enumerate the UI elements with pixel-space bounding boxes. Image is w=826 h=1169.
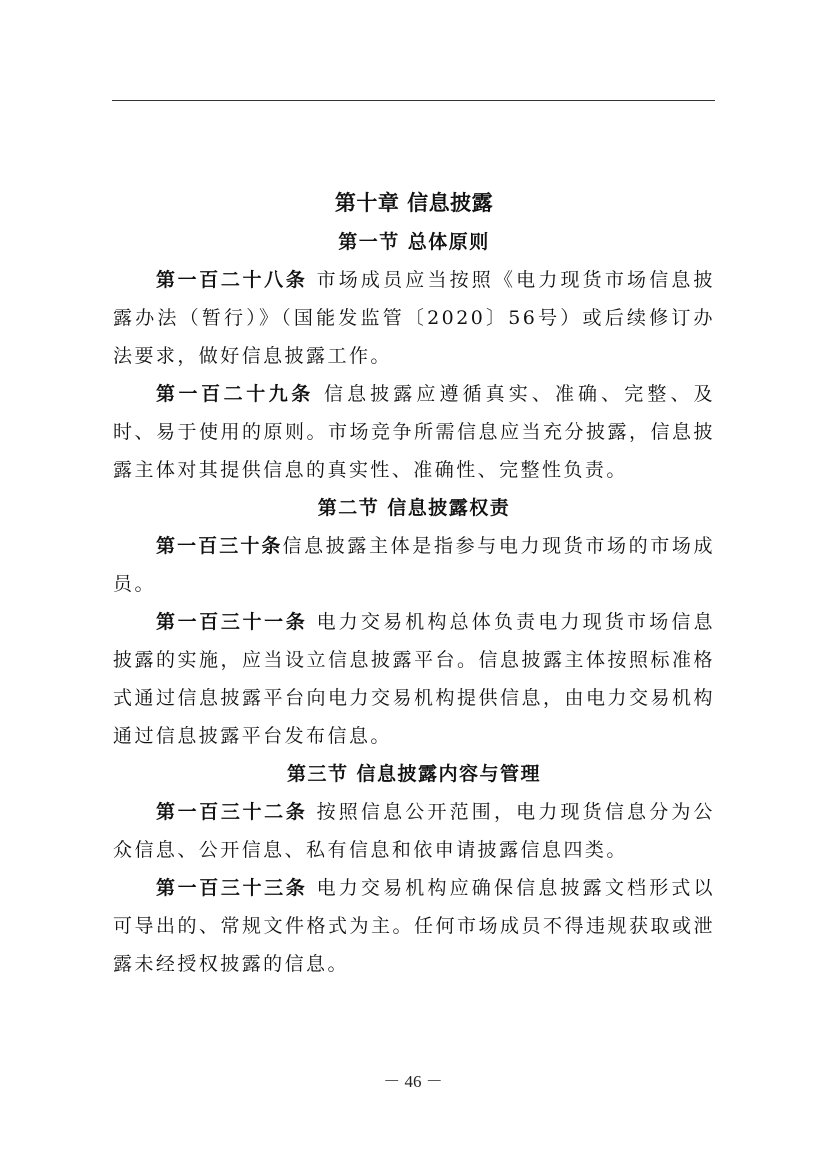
article-131: 第一百三十一条 电力交易机构总体负责电力现货市场信息披露的实施，应当设立信息披露… — [113, 603, 715, 755]
article-label: 第一百二十八条 — [156, 269, 307, 291]
article-132: 第一百三十二条 按照信息公开范围，电力现货信息分为公众信息、公开信息、私有信息和… — [113, 793, 715, 869]
article-129: 第一百二十九条 信息披露应遵循真实、准确、完整、及时、易于使用的原则。市场竞争所… — [113, 375, 715, 489]
page-number: － 46 － — [0, 1071, 826, 1093]
header-rule — [112, 100, 715, 101]
article-label: 第一百二十九条 — [156, 383, 314, 405]
section-title: 第三节 信息披露内容与管理 — [113, 755, 715, 793]
article-label: 第一百三十一条 — [156, 611, 307, 633]
article-130: 第一百三十条信息披露主体是指参与电力现货市场的市场成员。 — [113, 527, 715, 603]
section-title: 第二节 信息披露权责 — [113, 489, 715, 527]
article-128: 第一百二十八条 市场成员应当按照《电力现货市场信息披露办法（暂行）》（国能发监管… — [113, 261, 715, 375]
article-label: 第一百三十三条 — [156, 877, 307, 899]
chapter-title: 第十章 信息披露 — [113, 183, 715, 223]
article-label: 第一百三十条 — [156, 535, 283, 557]
article-label: 第一百三十二条 — [156, 801, 307, 823]
article-133: 第一百三十三条 电力交易机构应确保信息披露文档形式以可导出的、常规文件格式为主。… — [113, 869, 715, 983]
document-body: 第十章 信息披露 第一节 总体原则 第一百二十八条 市场成员应当按照《电力现货市… — [113, 183, 715, 983]
section-title: 第一节 总体原则 — [113, 223, 715, 261]
